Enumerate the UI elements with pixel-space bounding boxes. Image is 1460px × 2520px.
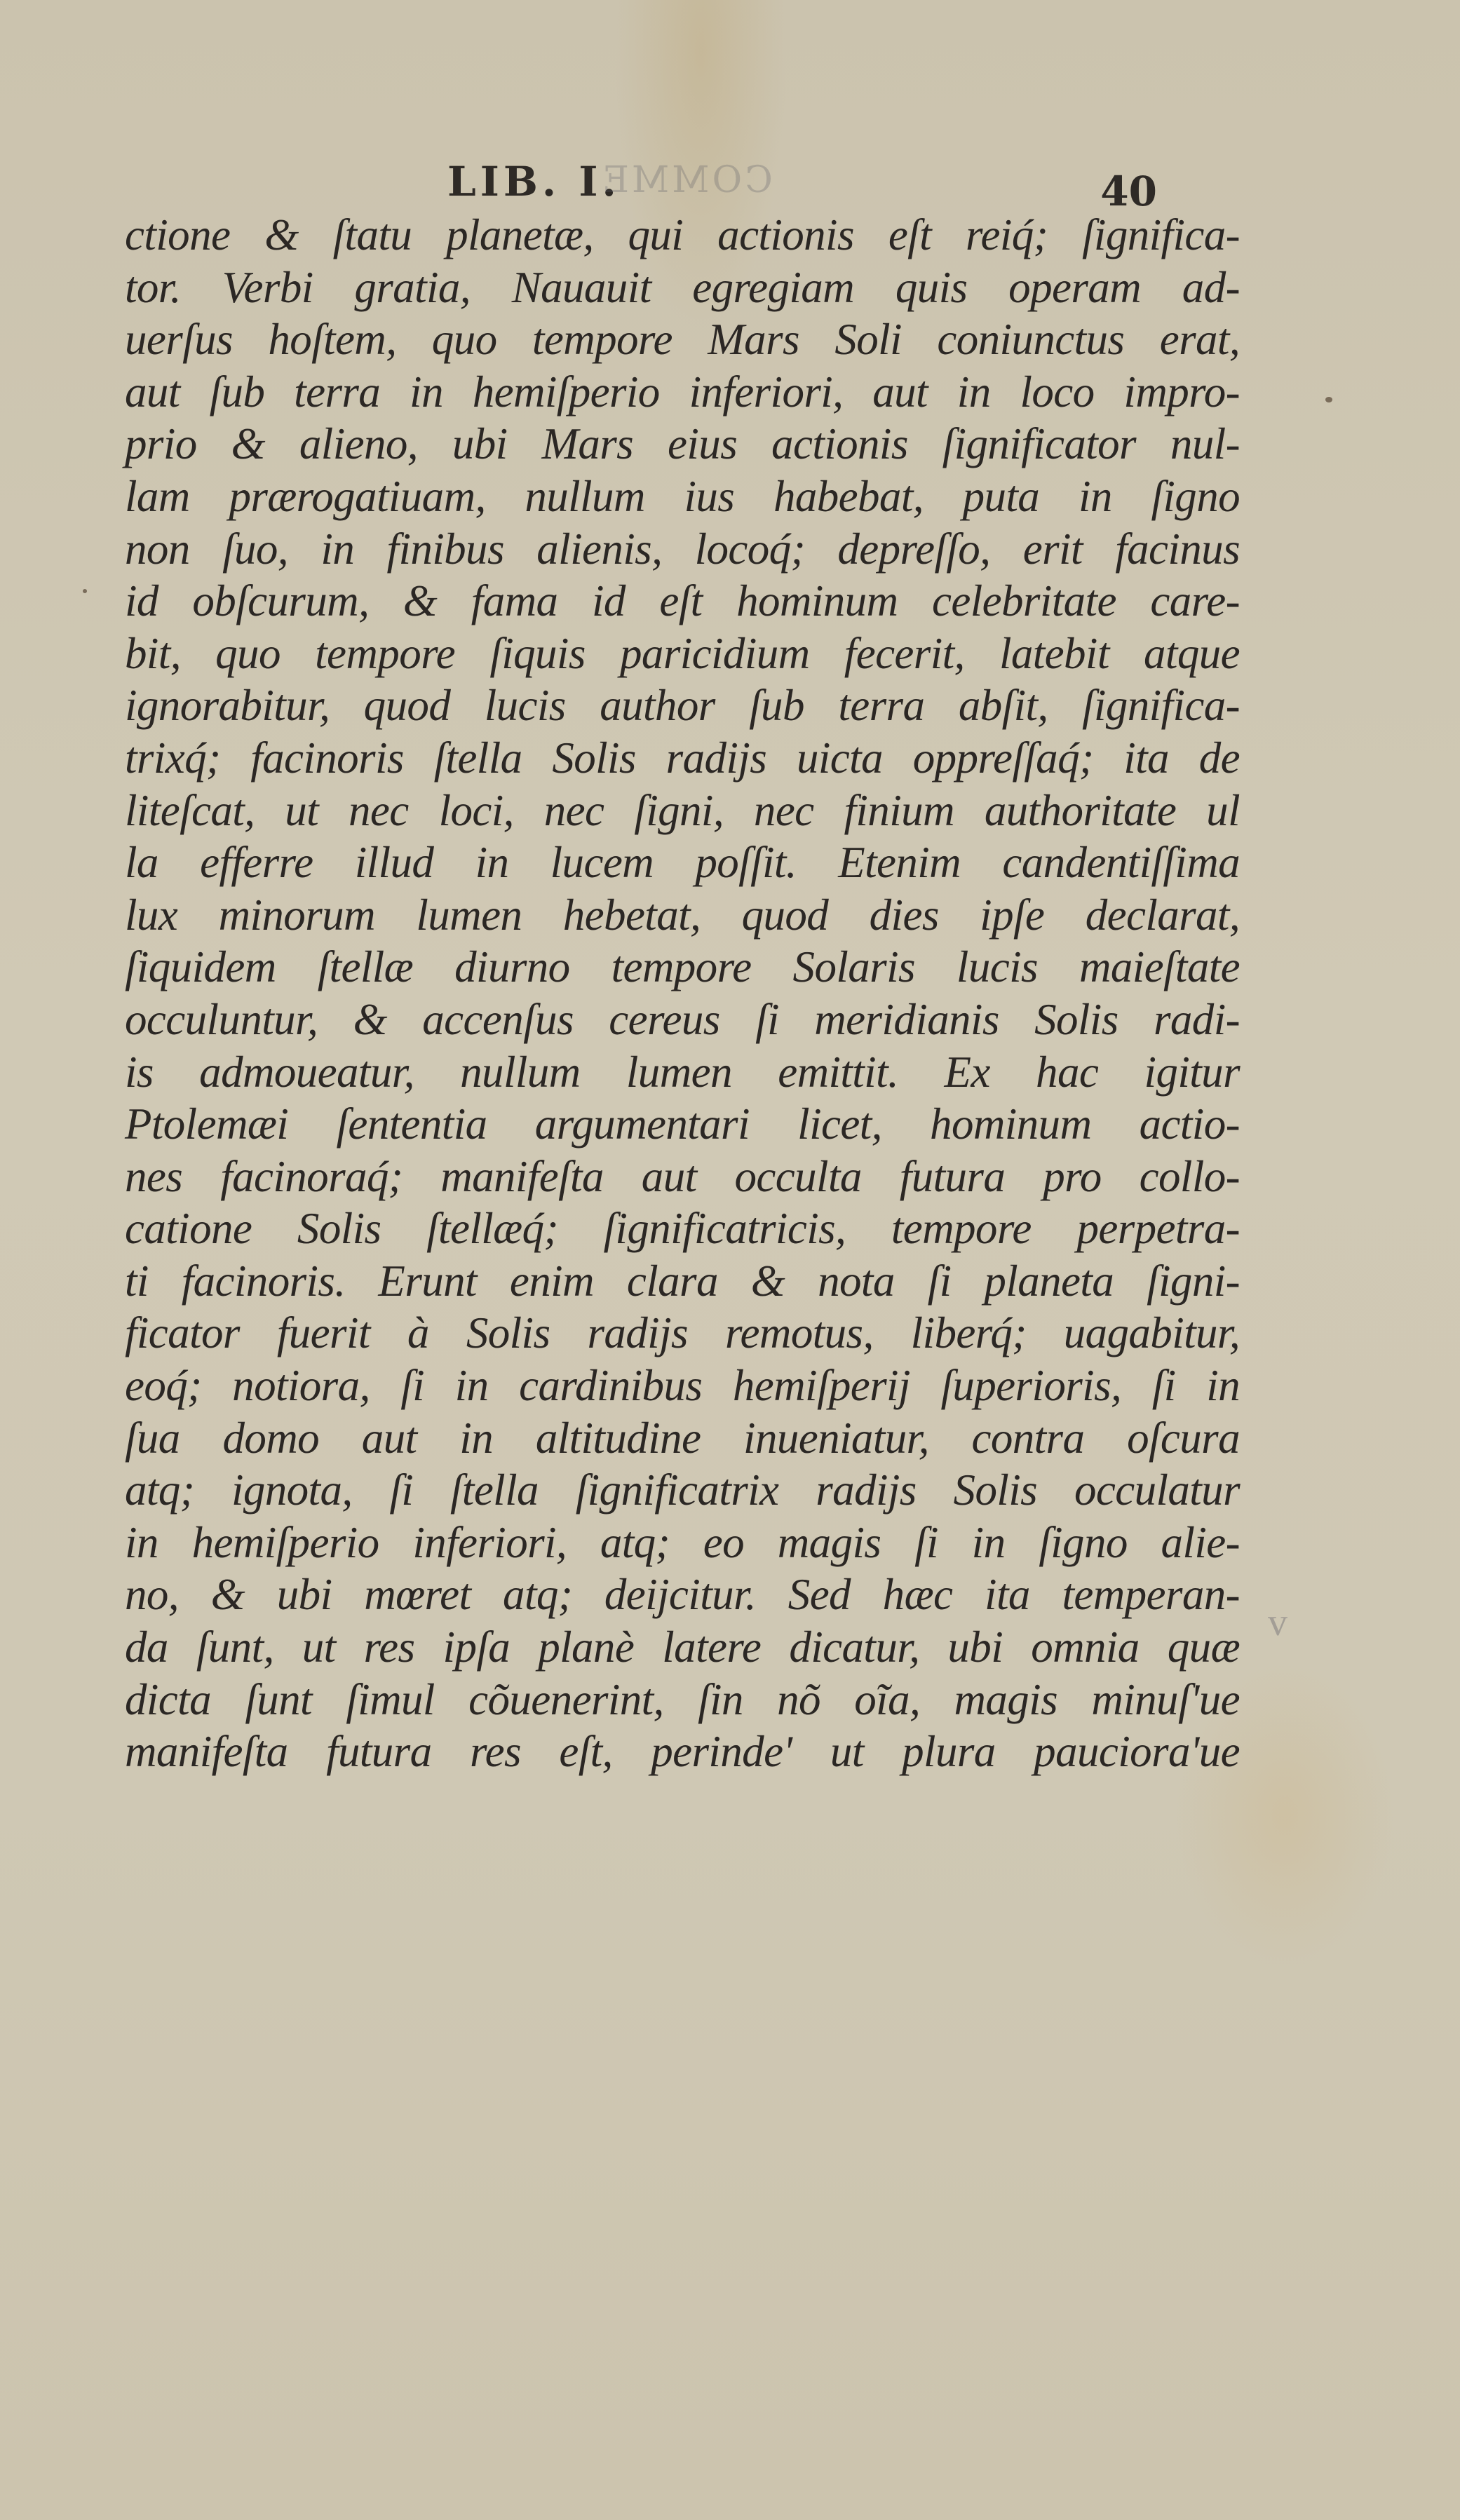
text-line: dicta ſunt ſimul cõuenerint, ſin nõ oĩa,… — [125, 1674, 1240, 1726]
text-line: ficator fuerit à Solis radijs remotus, l… — [125, 1307, 1240, 1360]
text-line: catione Solis ſtellæq́; ſignificatricis,… — [125, 1203, 1240, 1255]
text-line: non ſuo, in finibus alienis, locoq́; dep… — [125, 523, 1240, 576]
text-line: tor. Verbi gratia, Nauauit egregiam quis… — [125, 262, 1240, 314]
text-line: ignorabitur, quod lucis author ſub terra… — [125, 679, 1240, 732]
text-line: Ptolemæi ſententia argumentari licet, ho… — [125, 1098, 1240, 1151]
page-header: LIB. I. COMME 40 — [421, 158, 1164, 214]
text-line: trixq́; facinoris ſtella Solis radijs ui… — [125, 732, 1240, 785]
page-number: 40 — [1100, 168, 1157, 215]
text-line: la efferre illud in lucem poſſit. Etenim… — [125, 836, 1240, 889]
text-line: prio & alieno, ubi Mars eius actionis ſi… — [125, 418, 1240, 470]
text-line: ctione & ſtatu planetæ, qui actionis eſt… — [125, 209, 1240, 262]
text-line: occuluntur, & accenſus cereus ſi meridia… — [125, 994, 1240, 1046]
book-page: LIB. I. COMME 40 ctione & ſtatu planetæ,… — [0, 0, 1460, 2520]
text-line: no, & ubi mœret atq; deijcitur. Sed hæc … — [125, 1569, 1240, 1621]
text-line: manifeſta futura res eſt, perinde' ut pl… — [125, 1726, 1240, 1778]
text-line: in hemiſperio inferiori, atq; eo magis ſ… — [125, 1517, 1240, 1569]
text-line: uerſus hoſtem, quo tempore Mars Soli con… — [125, 313, 1240, 366]
show-through-text: COMME — [600, 159, 773, 201]
text-line: aut ſub terra in hemiſperio inferiori, a… — [125, 366, 1240, 419]
text-line: is admoueatur, nullum lumen emittit. Ex … — [125, 1046, 1240, 1099]
text-line: lam prærogatiuam, nullum ius habebat, pu… — [125, 470, 1240, 523]
show-through-mark: v — [1268, 1600, 1287, 1645]
text-line: da ſunt, ut res ipſa planè latere dicatu… — [125, 1621, 1240, 1674]
body-text: ctione & ſtatu planetæ, qui actionis eſt… — [125, 209, 1240, 1778]
text-line: atq; ignota, ſi ſtella ſignificatrix rad… — [125, 1464, 1240, 1517]
text-line: ſua domo aut in altitudine inueniatur, c… — [125, 1412, 1240, 1465]
running-head: LIB. I. — [447, 158, 621, 205]
text-line: nes facinoraq́; manifeſta aut occulta fu… — [125, 1151, 1240, 1203]
ink-speck — [83, 589, 87, 593]
text-line: lux minorum lumen hebetat, quod dies ipſ… — [125, 889, 1240, 942]
text-line: id obſcurum, & fama id eſt hominum celeb… — [125, 575, 1240, 628]
text-line: bit, quo tempore ſiquis paricidium fecer… — [125, 628, 1240, 680]
text-line: eoq́; notiora, ſi in cardinibus hemiſper… — [125, 1360, 1240, 1412]
text-line: ti facinoris. Erunt enim clara & nota ſi… — [125, 1255, 1240, 1308]
ink-speck — [1325, 397, 1332, 402]
text-line: liteſcat, ut nec loci, nec ſigni, nec fi… — [125, 785, 1240, 837]
text-line: ſiquidem ſtellæ diurno tempore Solaris l… — [125, 941, 1240, 994]
